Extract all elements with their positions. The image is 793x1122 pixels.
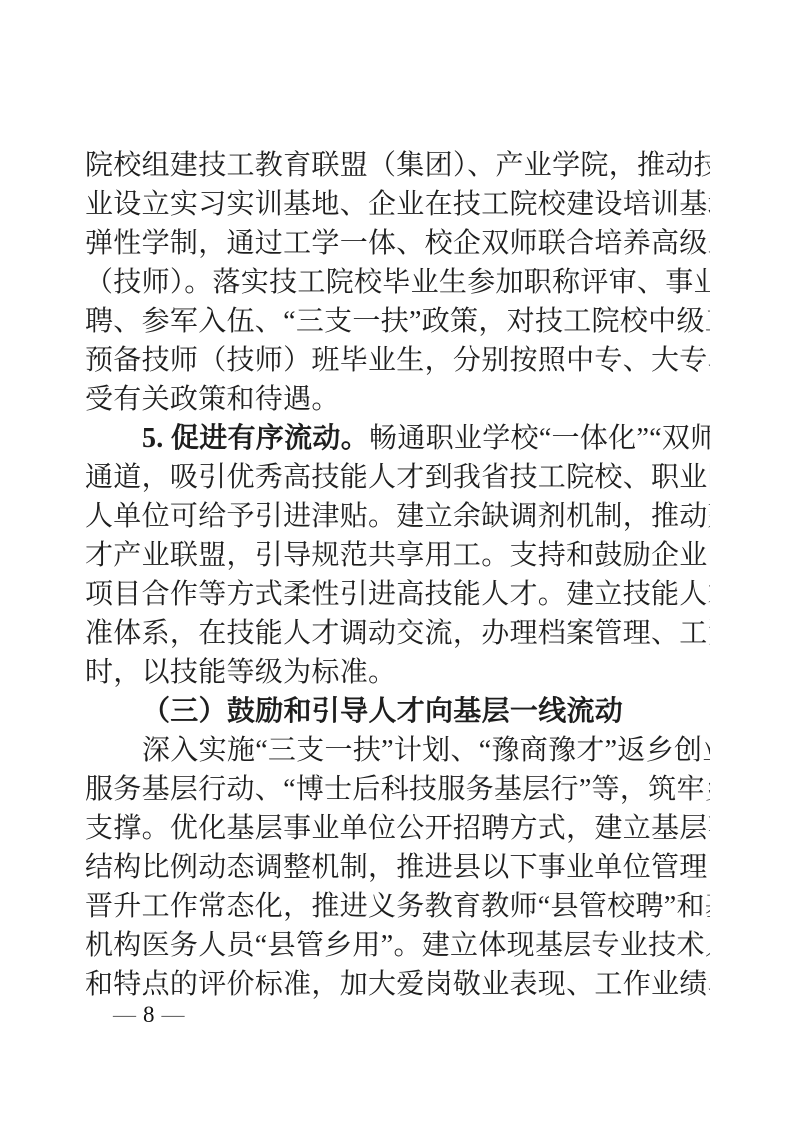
text-run: 畅通职业学校“一体化”“双师型”教师引进 bbox=[369, 423, 710, 454]
text-line: 机构医务人员“县管乡用”。建立体现基层专业技术人才工作实际 bbox=[85, 926, 710, 965]
text-line-numbered-item: 5. 促进有序流动。畅通职业学校“一体化”“双师型”教师引进 bbox=[85, 419, 710, 458]
text-line: （技师）。落实技工院校毕业生参加职称评审、事业单位公开招 bbox=[85, 263, 710, 302]
text-line: 受有关政策和待遇。 bbox=[85, 380, 710, 419]
text-line: 人单位可给予引进津贴。建立余缺调剂机制，推动建设高技能人 bbox=[85, 497, 710, 536]
text-line: 时，以技能等级为标准。 bbox=[85, 653, 710, 692]
text-line: 业设立实习实训基地、企业在技工院校建设培训基地。探索实行 bbox=[85, 185, 710, 224]
document-page: 院校组建技工教育联盟（集团）、产业学院，推动技工院校在企 业设立实习实训基地、企… bbox=[0, 0, 793, 1122]
page-number-value: 8 bbox=[143, 1002, 155, 1027]
text-line: 晋升工作常态化，推进义务教育教师“县管校聘”和基层医疗卫生 bbox=[85, 887, 710, 926]
text-line: 通道，吸引优秀高技能人才到我省技工院校、职业院校任教，用 bbox=[85, 458, 710, 497]
text-line: 弹性学制，通过工学一体、校企双师联合培养高级工、预备技师 bbox=[85, 224, 710, 263]
text-line: 服务基层行动、“博士后科技服务基层行”等，筑牢乡村振兴人才 bbox=[85, 770, 710, 809]
text-line: 深入实施“三支一扶”计划、“豫商豫才”返乡创业工程、专家 bbox=[85, 731, 710, 770]
footer-dash-right: — bbox=[155, 1002, 192, 1027]
text-line: 院校组建技工教育联盟（集团）、产业学院，推动技工院校在企 bbox=[85, 146, 710, 185]
text-line: 准体系，在技能人才调动交流，办理档案管理、工资审核等事项 bbox=[85, 614, 710, 653]
text-block: 院校组建技工教育联盟（集团）、产业学院，推动技工院校在企 业设立实习实训基地、企… bbox=[85, 146, 710, 1004]
text-line: 支撑。优化基层事业单位公开招聘方式，建立基层事业单位岗位 bbox=[85, 809, 710, 848]
footer-dash-left: — bbox=[106, 1002, 143, 1027]
item-number-bold-run: 5. 促进有序流动。 bbox=[142, 423, 369, 454]
page-number: —8— bbox=[106, 1000, 192, 1030]
text-line: 才产业联盟，引导规范共享用工。支持和鼓励企业以岗位聘用、 bbox=[85, 536, 710, 575]
text-line: 和特点的评价标准，加大爱岗敬业表现、工作业绩、工作年限等 bbox=[85, 965, 710, 1004]
text-line: 聘、参军入伍、“三支一扶”政策，对技工院校中级工、高级工、 bbox=[85, 302, 710, 341]
text-line: 结构比例动态调整机制，推进县以下事业单位管理岗位职员等级 bbox=[85, 848, 710, 887]
section-heading: （三）鼓励和引导人才向基层一线流动 bbox=[85, 692, 710, 731]
text-line: 项目合作等方式柔性引进高技能人才。建立技能人才流动审核标 bbox=[85, 575, 710, 614]
text-line: 预备技师（技师）班毕业生，分别按照中专、大专、本科学历享 bbox=[85, 341, 710, 380]
